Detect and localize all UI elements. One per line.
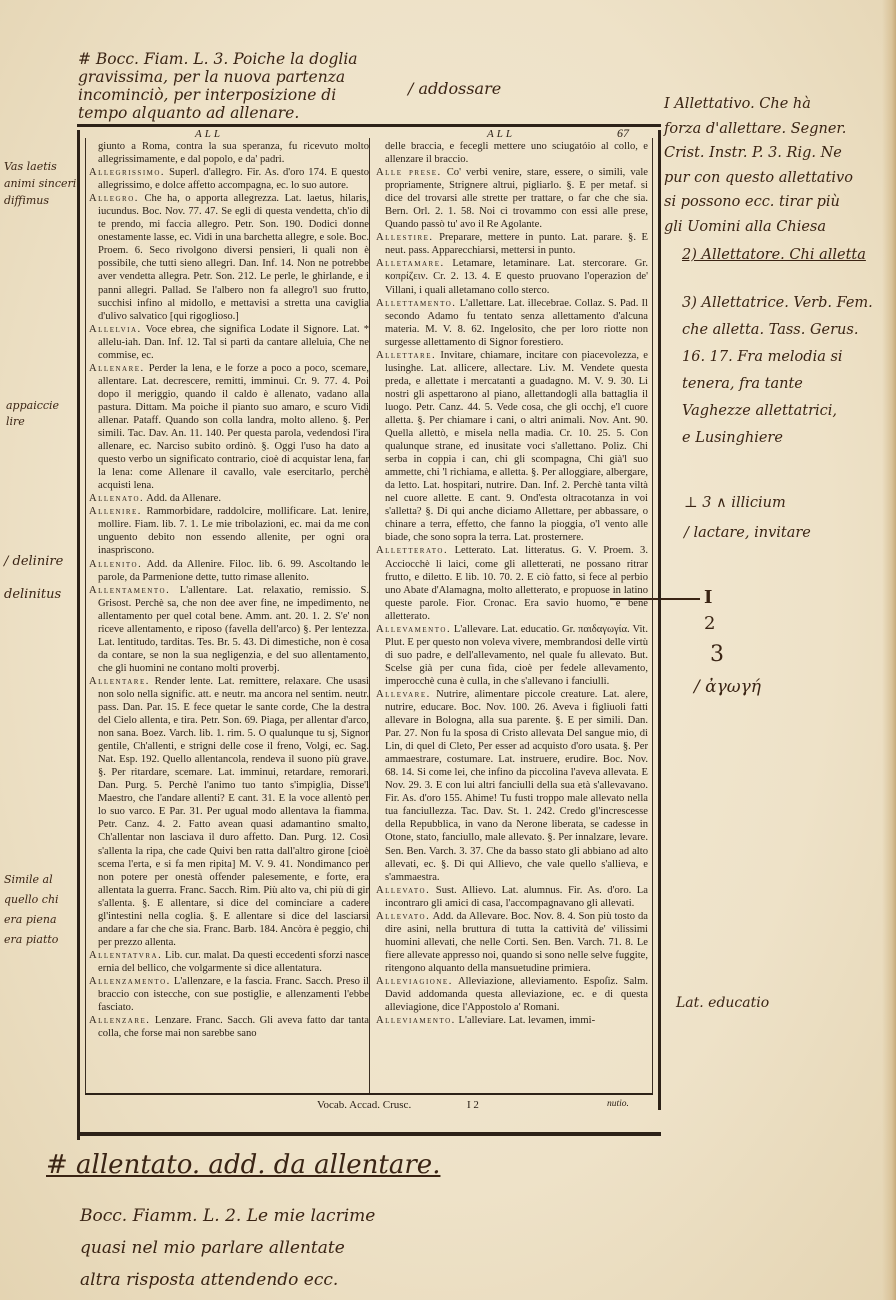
entry: Allestire. Preparare, mettere in punto. … [376,231,648,257]
column-divider [369,138,370,1093]
entry: Allenire. Rammorbidare, raddolcire, moll… [89,505,369,557]
annotation-lat-educatio: Lat. educatio [676,994,769,1013]
running-head-left: ALL [195,128,223,140]
annotation-bottom-citation: Bocc. Fiamm. L. 2. Le mie lacrime quasi … [80,1200,500,1296]
annotation-right-allettatore: 2) Allettatore. Chi alletta [682,246,896,266]
entry: Alleviamento. L'alleviare. Lat. levamen,… [376,1014,648,1027]
page-number: 67 [617,126,629,141]
annotation-right-illicium: ⊥ 3 ∧ illicium / lactare, invitare [684,488,894,548]
headword: Allevato. [376,911,430,922]
entry: Alle prese. Co' verbi venire, stare, ess… [376,166,648,231]
headword: Allegro. [89,193,139,204]
entry: Allenzare. Lenzare. Franc. Sacch. Gli av… [89,1014,369,1040]
entry: Allenato. Add. da Allenare. [89,492,369,505]
footer-catchword: nutio. [607,1099,629,1109]
bottom-rule-inner [85,1093,653,1095]
entry: Allentatvra. Lib. cur. malat. Da questi … [89,949,369,975]
entry: Allevato. Sust. Allievo. Lat. alumnus. F… [376,884,648,910]
headword: Allevare. [376,689,431,700]
annotation-sense-number-1: I [704,586,712,610]
headword: Allenito. [89,559,142,570]
printed-page: ALL ALL 67 giunto a Roma, contra la sua … [77,124,661,1140]
headword: Allentamento. [89,585,170,596]
annotation-left-vas: Vas laetis animi sinceri diffimus [4,158,78,209]
entry: Allenzamento. L'allenzare, e la fascia. … [89,975,369,1014]
frame-inner-left [85,138,86,1093]
headword: Allevato. [376,885,430,896]
entry: Allenito. Add. da Allenire. Filoc. lib. … [89,558,369,584]
entry: Allettamento. L'allettare. Lat. illecebr… [376,297,648,349]
headword: Alleviagione. [376,976,453,987]
entry-text: delle braccia, e fecegli mettere uno sci… [385,141,648,165]
bottom-rule-outer [77,1132,661,1136]
entry-text: Render lente. Lat. remittere, relaxare. … [98,676,369,948]
entry-text: Add. da Allenare. [146,493,221,504]
headword: Allenato. [89,493,144,504]
annotation-right-allettatrice: 3) Allettatrice. Verb. Fem. che alletta.… [682,290,896,452]
entry: Allegro. Che ha, o apporta allegrezza. L… [89,192,369,322]
annotation-sense-number-2: 2 [704,612,715,636]
entry: Allevare. Nutrire, alimentare piccole cr… [376,688,648,884]
running-head-right: ALL [487,128,515,140]
entry: Alletamare. Letamare, letaminare. Lat. s… [376,257,648,296]
entry: giunto a Roma, contra la sua speranza, f… [89,140,369,166]
headword: Allenire. [89,506,142,517]
headword: Allegrissimo. [89,167,165,178]
headword: Allettamento. [376,298,456,309]
entry: delle braccia, e fecegli mettere uno sci… [376,140,648,166]
headword: Allenzare. [89,1015,150,1026]
top-rule [77,124,661,127]
annotation-left-appaiccie: appaiccie lire [6,398,80,430]
entry-text: L'alleviare. Lat. levamen, immi- [458,1015,595,1026]
headword: Allettare. [376,350,436,361]
headword: Alleviamento. [376,1015,456,1026]
entry-text: L'allentare. Lat. relaxatio, remissio. S… [98,585,369,674]
right-column: delle braccia, e fecegli mettere uno sci… [376,140,648,1092]
headword: Allenare. [89,363,145,374]
headword: Alletterato. [376,545,448,556]
headword: Allentare. [89,676,150,687]
entry-text: Nutrire, alimentare piccole creature. La… [385,689,648,883]
annotation-left-simile: Simile al quello chi era piena era piatt… [4,870,78,950]
entry-text: giunto a Roma, contra la sua speranza, f… [98,141,369,165]
frame-left [77,130,80,1140]
headword: Alle prese. [376,167,442,178]
annotation-top-left: # Bocc. Fiam. L. 3. Poiche la doglia gra… [78,50,438,122]
annotation-left-delinire: / delinire delinitus [4,545,78,611]
entry: Allevamento. L'allevare. Lat. educatio. … [376,623,648,688]
frame-inner-right [652,138,653,1093]
entry: Allevato. Add. da Allevare. Boc. Nov. 8.… [376,910,648,975]
entry: Allelvia. Voce ebrea, che significa Loda… [89,323,369,362]
entry: Allentamento. L'allentare. Lat. relaxati… [89,584,369,675]
headword: Allestire. [376,232,434,243]
annotation-greek-agoge: / ἀγωγή [694,676,761,699]
annotation-bottom-allentato: # allentato. add. da allentare. [46,1148,440,1183]
entry: Alletterato. Letterato. Lat. litteratus.… [376,544,648,622]
annotation-sense-number-3: 3 [710,640,724,670]
footer-signature: I 2 [467,1099,479,1111]
entry: Allentare. Render lente. Lat. remittere,… [89,675,369,949]
headword: Allevamento. [376,624,451,635]
entry: Allettare. Invitare, chiamare, incitare … [376,349,648,545]
entry-text: Invitare, chiamare, incitare con piacevo… [385,350,648,544]
left-column: giunto a Roma, contra la sua speranza, f… [89,140,369,1092]
entry-text: Che ha, o apporta allegrezza. Lat. laetu… [98,193,369,321]
headword: Alletamare. [376,258,445,269]
headword: Allenzamento. [89,976,171,987]
frame-right [658,130,661,1110]
headword: Allentatvra. [89,950,162,961]
entry: Alleviagione. Alleviazione, alleviamento… [376,975,648,1014]
entry-text: Perder la lena, e le forze a poco a poco… [98,363,369,491]
annotation-top-center: / addossare [408,78,501,100]
entry-text: Letterato. Lat. litteratus. G. V. Proem.… [385,545,648,621]
headword: Allelvia. [89,324,142,335]
entry: Allenare. Perder la lena, e le forze a p… [89,362,369,492]
annotation-right-allettativo: I Allettativo. Che hà forza d'allettare.… [664,92,894,239]
entry: Allegrissimo. Superl. d'allegro. Fir. As… [89,166,369,192]
footer-title: Vocab. Accad. Crusc. [317,1099,411,1111]
